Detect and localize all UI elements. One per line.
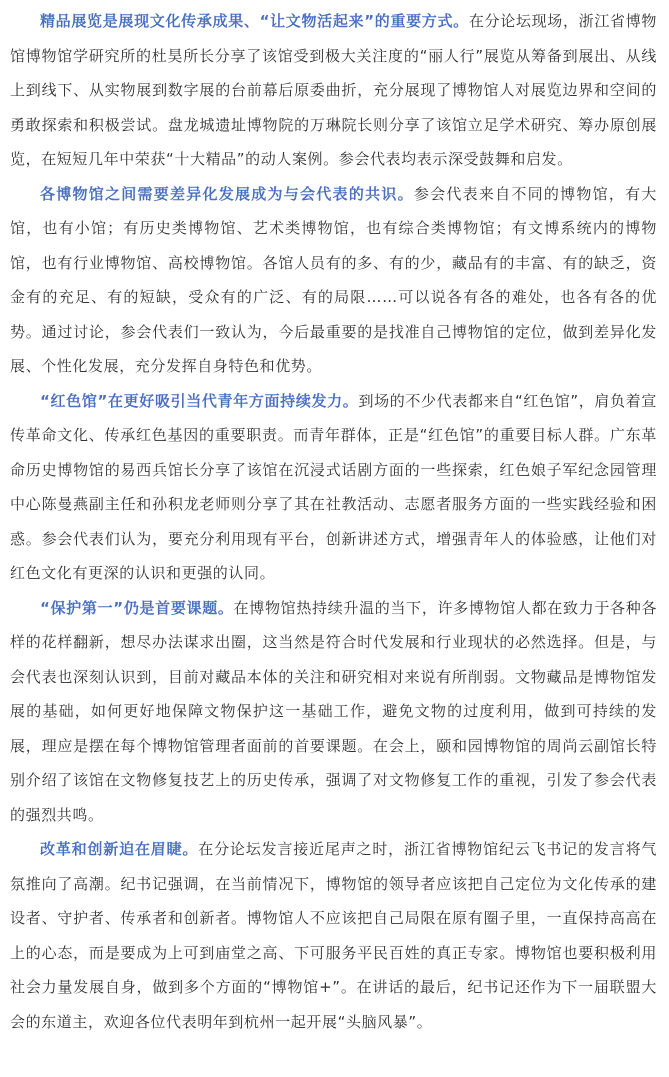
article-body: 精品展览是展现文化传承成果、“让文物活起来”的重要方式。在分论坛现场，浙江省博物… (0, 0, 669, 1039)
paragraph-lead: 改革和创新迫在眉睫。 (40, 840, 198, 858)
paragraph-differentiation: 各博物馆之间需要差异化发展成为与会代表的共识。参会代表来自不同的博物馆，有大馆，… (10, 177, 657, 384)
paragraph-text: 在分论坛发言接近尾声之时，浙江省博物馆纪云飞书记的发言将气氛推向了高潮。纪书记强… (10, 840, 657, 1031)
paragraph-red-museums: “红色馆”在更好吸引当代青年方面持续发力。到场的不少代表都来自“红色馆”，肩负着… (10, 384, 657, 591)
paragraph-lead: 各博物馆之间需要差异化发展成为与会代表的共识。 (40, 185, 414, 203)
paragraph-text: 在博物馆热持续升温的当下，许多博物馆人都在致力于各种各样的花样翻新，想尽办法谋求… (10, 599, 657, 824)
paragraph-text: 参会代表来自不同的博物馆，有大馆，也有小馆；有历史类博物馆、艺术类博物馆，也有综… (10, 185, 657, 376)
paragraph-protection-first: “保护第一”仍是首要课题。在博物馆热持续升温的当下，许多博物馆人都在致力于各种各… (10, 591, 657, 833)
paragraph-lead: “保护第一”仍是首要课题。 (40, 599, 234, 617)
paragraph-text: 在分论坛现场，浙江省博物馆博物馆学研究所的杜昊所长分享了该馆受到极大关注度的“丽… (10, 12, 657, 168)
paragraph-text: 到场的不少代表都来自“红色馆”，肩负着宣传革命文化、传承红色基因的重要职责。而青… (10, 392, 657, 583)
paragraph-lead: 精品展览是展现文化传承成果、“让文物活起来”的重要方式。 (40, 12, 469, 30)
paragraph-exhibitions: 精品展览是展现文化传承成果、“让文物活起来”的重要方式。在分论坛现场，浙江省博物… (10, 4, 657, 177)
paragraph-lead: “红色馆”在更好吸引当代青年方面持续发力。 (40, 392, 358, 410)
paragraph-reform-innovation: 改革和创新迫在眉睫。在分论坛发言接近尾声之时，浙江省博物馆纪云飞书记的发言将气氛… (10, 832, 657, 1039)
